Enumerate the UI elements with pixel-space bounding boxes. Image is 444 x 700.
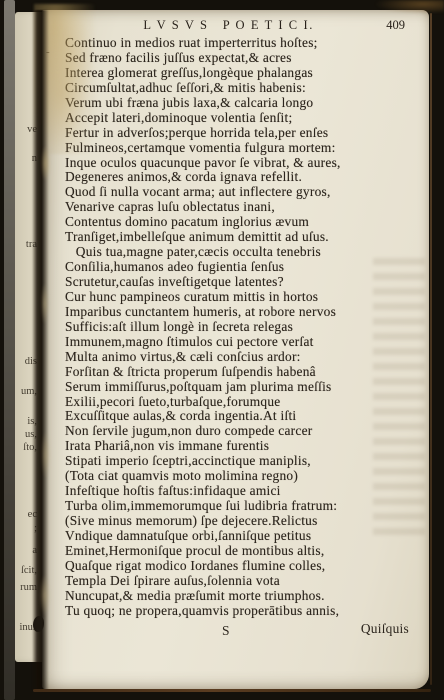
poem-line: Contentus domino pacatum inglorius ævum: [65, 215, 423, 230]
poem-line: Multa animo virtus,& cæli conſcius ardor…: [65, 350, 423, 365]
poem-line: Eminet,Hermoniſque procul de montibus al…: [65, 544, 423, 559]
poem-line: Inque oculos quacunque pavor ſe vibrat, …: [65, 156, 423, 171]
poem-line: Turba olim,immemorumque ſui ludibria fra…: [65, 499, 423, 514]
page-header: L V S V S P O E T I C I. 409: [42, 17, 429, 36]
poem-line: Sufficis:aſt illum longè in ſecreta rele…: [65, 320, 423, 335]
poem-line: Cur hunc pampineos curatum mittis in hor…: [65, 290, 423, 305]
poem-line: Fulmineos,certamque vomentia fulgura mor…: [65, 141, 423, 156]
poem-line: (Tota ciat quamvis moto molimina regno): [65, 469, 423, 484]
poem-line: Serum immiſſurus,poſtquam jam plurima me…: [65, 380, 423, 395]
poem-line: Tu quoq; ne propera,quamvis properātibus…: [65, 604, 423, 619]
poem-line: Quis tua,magne pater,cæcis occulta teneb…: [65, 245, 423, 260]
poem-line: Forſitan & ſtricta properum ſuſpendis ha…: [65, 365, 423, 380]
signature-mark: S: [222, 623, 230, 639]
poem-line: Circumſultat,adhuc ſeſſori,& mitis haben…: [65, 81, 423, 96]
poem-line: Vndique damnatuſque orbi,ſanniſque petit…: [65, 529, 423, 544]
page-footer: S Quiſquis: [42, 621, 429, 643]
poem-line: Immunem,magno ſtimulos cui pectore verſa…: [65, 335, 423, 350]
page-right-edge: [430, 13, 432, 685]
poem-text: Continuo in medios ruat imperterritus ho…: [42, 36, 429, 619]
poem-line: Irata Phariâ,non vis immane furentis: [65, 439, 423, 454]
poem-line: Interea glomerat greſſus,longèque phalan…: [65, 66, 423, 81]
page-bottom-edge: [33, 689, 431, 692]
page-block-edge: [4, 0, 15, 700]
binding-debris: [374, 0, 444, 14]
poem-line: Quaſque rigat modico Iordanes flumine co…: [65, 559, 423, 574]
running-title: L V S V S P O E T I C I.: [143, 18, 314, 33]
poem-line: Venarive capras luſu oblectatus inani,: [65, 200, 423, 215]
poem-line: Nuncupat,& media præſumit morte triumpho…: [65, 589, 423, 604]
poem-line: Continuo in medios ruat imperterritus ho…: [65, 36, 423, 51]
poem-line: Non ſervile jugum,non duro compede carce…: [65, 424, 423, 439]
poem-line: (Sive minus memorum) ſpe dejecere.Relict…: [65, 514, 423, 529]
poem-line: Infeſtique hoſtis faſtus:infidaque amici: [65, 484, 423, 499]
poem-line: Tranſiget,imbelleſque animum demittit ad…: [65, 230, 423, 245]
poem-line: Degeneres animos,& corda ignava refellit…: [65, 170, 423, 185]
poem-line: Imparibus cunctantem humeris, at robore …: [65, 305, 423, 320]
poem-line: Sed fræno facilis juſſus expectat,& acre…: [65, 51, 423, 66]
catchword: Quiſquis: [361, 621, 409, 637]
poem-line: Fertur in adverſos;perque horrida tela,p…: [65, 126, 423, 141]
page-number: 409: [386, 18, 405, 33]
poem-line: Verum ubi fræna jubis laxa,& calcaria lo…: [65, 96, 423, 111]
poem-line: Accepit lateri,dominoque volentia ſenſit…: [65, 111, 423, 126]
book-photo: ventradisum,is,us,ſto,ec;aſcit,ruminus L…: [0, 0, 444, 700]
poem-line: Excuſſitque aulas,& corda ingentia.At iſ…: [65, 409, 423, 424]
gutter-stains: [36, 120, 52, 660]
poem-line: Conſilia,humanos adeo fugientia ſenſus: [65, 260, 423, 275]
poem-line: Stipati imperio ſceptri,accinctique mani…: [65, 454, 423, 469]
poem-line: Exilii,pecori ſueto,turbaſque,forumque: [65, 395, 423, 410]
poem-line: Templa Dei ſpirare auſus,ſolennia vota: [65, 574, 423, 589]
poem-line: Scrutetur,cauſas inveſtigetque latentes?: [65, 275, 423, 290]
poem-line: Quod ſi nulla vocant arma; aut inflecter…: [65, 185, 423, 200]
book-page: L V S V S P O E T I C I. 409 Continuo in…: [42, 10, 429, 689]
